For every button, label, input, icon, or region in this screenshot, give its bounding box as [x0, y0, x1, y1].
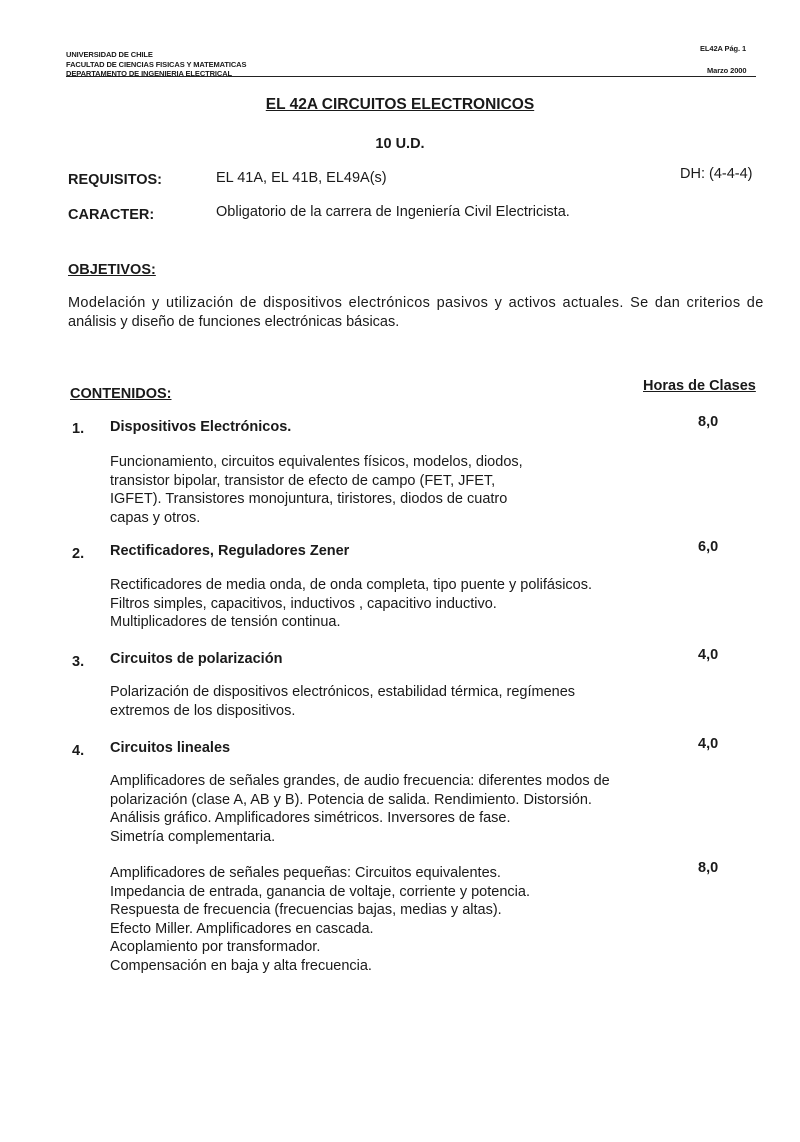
description-line: Rectificadores de media onda, de onda co… — [110, 576, 592, 595]
requisitos-value: EL 41A, EL 41B, EL49A(s) — [216, 170, 387, 186]
course-units: 10 U.D. — [0, 136, 800, 152]
document-date: Marzo 2000 — [707, 66, 746, 76]
description-line: capas y otros. — [110, 509, 523, 528]
description-line: Efecto Miller. Amplificadores en cascada… — [110, 920, 530, 939]
item-hours: 4,0 — [698, 736, 718, 752]
faculty-name: FACULTAD DE CIENCIAS FISICAS Y MATEMATIC… — [66, 60, 246, 70]
institution-block: UNIVERSIDAD DE CHILE FACULTAD DE CIENCIA… — [66, 50, 246, 79]
item-description: Amplificadores de señales grandes, de au… — [110, 772, 610, 846]
item-description: Polarización de dispositivos electrónico… — [110, 683, 575, 720]
requisitos-label: REQUISITOS: — [68, 172, 162, 188]
header-rule — [66, 76, 756, 77]
page-reference: EL42A Pág. 1 — [700, 44, 746, 54]
description-line: Funcionamiento, circuitos equivalentes f… — [110, 453, 523, 472]
item-number: 4. — [72, 743, 84, 759]
item-number: 3. — [72, 654, 84, 670]
item-hours: 6,0 — [698, 539, 718, 555]
sub-item-hours: 8,0 — [698, 860, 718, 876]
description-line: Impedancia de entrada, ganancia de volta… — [110, 883, 530, 902]
description-line: Amplificadores de señales grandes, de au… — [110, 772, 610, 791]
dh-value: DH: (4-4-4) — [680, 166, 753, 182]
item-number: 1. — [72, 421, 84, 437]
university-name: UNIVERSIDAD DE CHILE — [66, 50, 246, 60]
description-line: IGFET). Transistores monojuntura, tirist… — [110, 490, 523, 509]
objetivos-line: análisis y diseño de funciones electróni… — [68, 313, 764, 332]
objetivos-line: Modelación y utilización de dispositivos… — [68, 294, 764, 313]
item-title: Circuitos de polarización — [110, 651, 282, 667]
description-line: Acoplamiento por transformador. — [110, 938, 530, 957]
objetivos-heading: OBJETIVOS: — [68, 262, 156, 278]
caracter-value: Obligatorio de la carrera de Ingeniería … — [216, 204, 570, 220]
item-title: Rectificadores, Reguladores Zener — [110, 543, 349, 559]
caracter-label: CARACTER: — [68, 207, 154, 223]
item-number: 2. — [72, 546, 84, 562]
course-title-wrap: EL 42A CIRCUITOS ELECTRONICOS — [0, 96, 800, 114]
item-hours: 4,0 — [698, 647, 718, 663]
description-line: Polarización de dispositivos electrónico… — [110, 683, 575, 702]
description-line: Respuesta de frecuencia (frecuencias baj… — [110, 901, 530, 920]
description-line: Análisis gráfico. Amplificadores simétri… — [110, 809, 610, 828]
item-hours: 8,0 — [698, 414, 718, 430]
description-line: Amplificadores de señales pequeñas: Circ… — [110, 864, 530, 883]
course-title: EL 42A CIRCUITOS ELECTRONICOS — [266, 96, 534, 113]
description-line: extremos de los dispositivos. — [110, 702, 575, 721]
item-title: Dispositivos Electrónicos. — [110, 419, 291, 435]
description-line: Compensación en baja y alta frecuencia. — [110, 957, 530, 976]
hours-heading: Horas de Clases — [643, 378, 756, 394]
item-description: Rectificadores de media onda, de onda co… — [110, 576, 592, 632]
sub-item-description: Amplificadores de señales pequeñas: Circ… — [110, 864, 530, 975]
objetivos-text: Modelación y utilización de dispositivos… — [68, 294, 764, 331]
description-line: Multiplicadores de tensión continua. — [110, 613, 592, 632]
description-line: Simetría complementaria. — [110, 828, 610, 847]
item-title: Circuitos lineales — [110, 740, 230, 756]
description-line: transistor bipolar, transistor de efecto… — [110, 472, 523, 491]
description-line: polarización (clase A, AB y B). Potencia… — [110, 791, 610, 810]
item-description: Funcionamiento, circuitos equivalentes f… — [110, 453, 523, 527]
description-line: Filtros simples, capacitivos, inductivos… — [110, 595, 592, 614]
contenidos-heading: CONTENIDOS: — [70, 386, 172, 402]
department-name: DEPARTAMENTO DE INGENIERIA ELECTRICAL — [66, 69, 246, 79]
